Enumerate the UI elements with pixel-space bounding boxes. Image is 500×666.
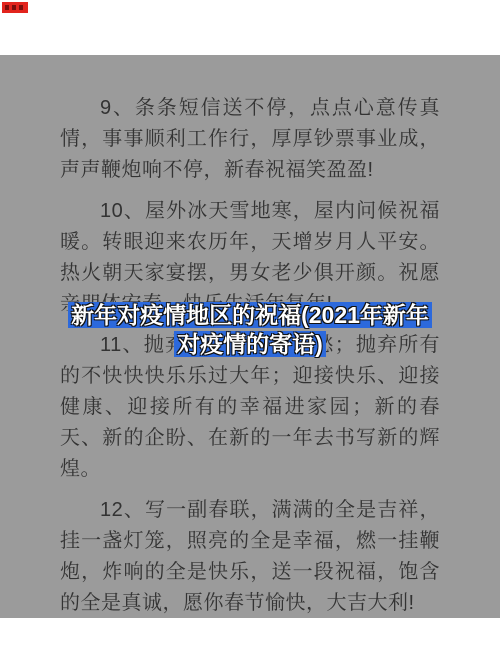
article-paragraph-9: 9、条条短信送不停，点点心意传真情，事事顺利工作行，厚厚钞票事业成，声声鞭炮响不… xyxy=(60,93,440,186)
article-body: 9、条条短信送不停，点点心意传真情，事事顺利工作行，厚厚钞票事业成，声声鞭炮响不… xyxy=(60,93,440,629)
page-title: 新年对疫情地区的祝福(2021年新年 对疫情的寄语) xyxy=(0,301,500,359)
page-title-line-2: 对疫情的寄语) xyxy=(0,330,500,359)
page-title-text-1: 新年对疫情地区的祝福(2021年新年 xyxy=(68,302,432,328)
page-title-line-1: 新年对疫情地区的祝福(2021年新年 xyxy=(0,301,500,330)
page-title-text-2: 对疫情的寄语) xyxy=(174,331,326,357)
article-paragraph-12: 12、写一副春联，满满的全是吉祥，挂一盏灯笼，照亮的全是幸福，燃一挂鞭炮，炸响的… xyxy=(60,495,440,619)
red-logo-badge[interactable] xyxy=(2,2,28,13)
